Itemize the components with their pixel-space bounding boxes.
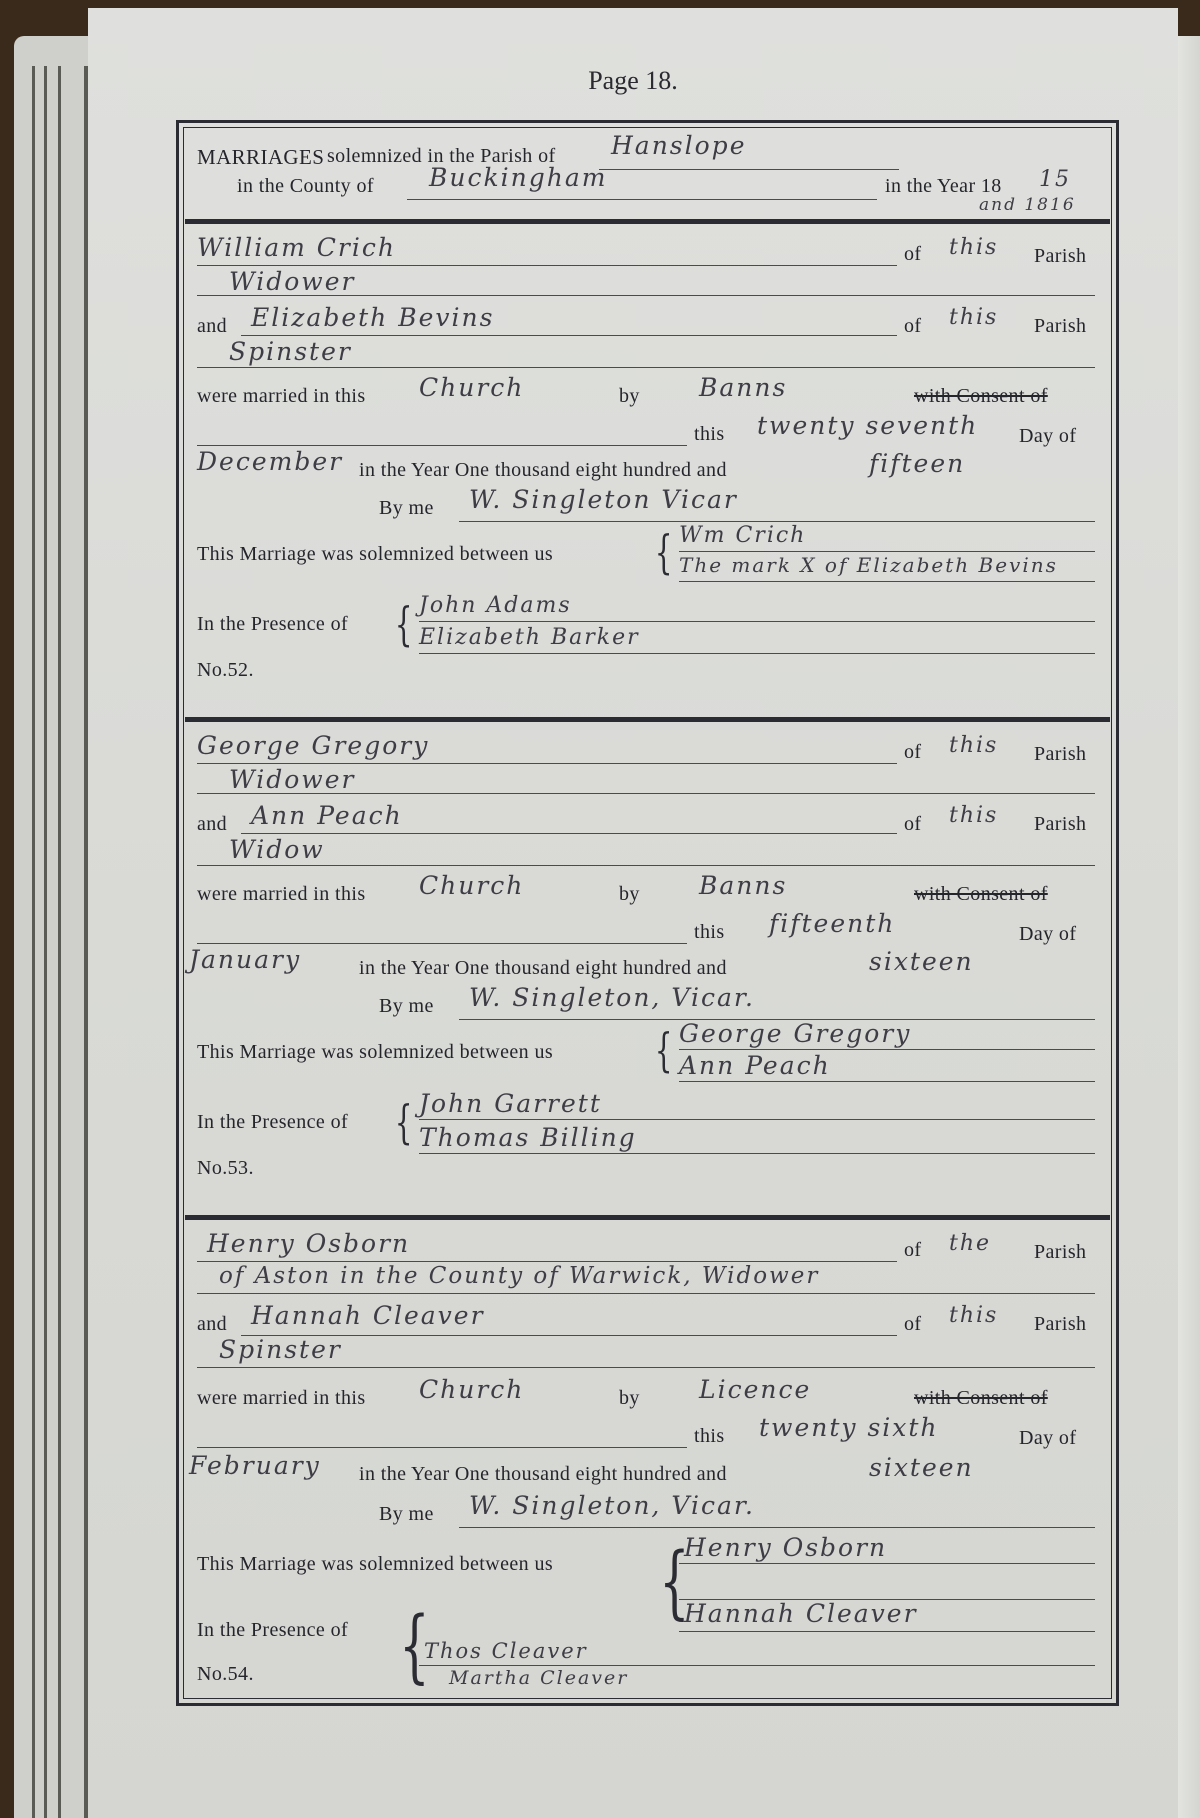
- place-value: Church: [419, 373, 524, 402]
- place-value: Church: [419, 1375, 524, 1404]
- with-consent-label: with Consent of: [914, 1387, 1048, 1410]
- county-line: [407, 199, 877, 200]
- month-value: December: [197, 447, 343, 476]
- groom-name: Henry Osborn: [207, 1229, 410, 1258]
- witness-2: Elizabeth Barker: [419, 625, 640, 650]
- presence-label: In the Presence of: [197, 1619, 348, 1642]
- signature-1: George Gregory: [679, 1019, 911, 1048]
- bride-status: Spinster: [219, 1335, 342, 1364]
- of-label: of: [904, 243, 921, 266]
- groom-status: of Aston in the County of Warwick, Widow…: [219, 1263, 819, 1289]
- by-label: by: [619, 385, 640, 408]
- witness-1: John Adams: [419, 593, 572, 618]
- officiant-value: W. Singleton Vicar: [469, 485, 738, 514]
- witness-line: [419, 1665, 1095, 1666]
- bride-name: Elizabeth Bevins: [251, 303, 494, 332]
- witness-2: Martha Cleaver: [449, 1667, 628, 1689]
- status-line: [197, 865, 1095, 866]
- county-label: in the County of: [237, 175, 374, 198]
- register-page: Page 18. MARRIAGES solemnized in the Par…: [88, 8, 1178, 1818]
- status-line: [197, 1367, 1095, 1368]
- month-value: January: [189, 945, 301, 974]
- signature-line: [679, 581, 1095, 582]
- of-label: of: [904, 1313, 921, 1336]
- groom-parish-value: the: [949, 1231, 991, 1256]
- page-number: Page 18.: [88, 66, 1178, 96]
- day-value: twenty seventh: [757, 411, 978, 440]
- in-the-year-label: in the Year One thousand eight hundred a…: [359, 1463, 727, 1486]
- year-value: 15: [1039, 167, 1071, 192]
- signature-2: Ann Peach: [679, 1051, 831, 1080]
- bride-name: Hannah Cleaver: [251, 1301, 485, 1330]
- status-line: [197, 367, 1095, 368]
- groom-status: Widower: [229, 765, 355, 794]
- signature-line: [679, 551, 1095, 552]
- of-label: of: [904, 315, 921, 338]
- were-married-label: were married in this: [197, 385, 366, 408]
- header-title-prefix: MARRIAGES: [197, 145, 324, 170]
- were-married-label: were married in this: [197, 1387, 366, 1410]
- parish-label: Parish: [1034, 315, 1086, 338]
- officiant-value: W. Singleton, Vicar.: [469, 1491, 755, 1520]
- solemnized-between-label: This Marriage was solemnized between us: [197, 1041, 553, 1064]
- by-label: by: [619, 883, 640, 906]
- officiant-line: [459, 521, 1095, 522]
- of-label: of: [904, 1239, 921, 1262]
- signature-line: [679, 1563, 1095, 1564]
- page-edge: [58, 66, 61, 1818]
- page-edge: [44, 66, 47, 1818]
- by-value: Licence: [699, 1375, 811, 1404]
- brace-icon: {: [395, 597, 413, 651]
- marriage-entry-52: William Crich of this Parish Widower and…: [179, 227, 1116, 717]
- by-me-label: By me: [379, 995, 434, 1018]
- this-label: this: [694, 423, 725, 446]
- place-value: Church: [419, 871, 524, 900]
- parish-label: Parish: [1034, 743, 1086, 766]
- day-value: fifteenth: [769, 909, 895, 938]
- signature-line: [679, 1631, 1095, 1632]
- and-label: and: [197, 813, 227, 836]
- witness-1: John Garrett: [419, 1089, 602, 1118]
- entry-number: No.53.: [197, 1157, 254, 1180]
- bride-parish-value: this: [949, 305, 998, 330]
- this-label: this: [694, 921, 725, 944]
- status-line: [197, 793, 1095, 794]
- witness-1: Thos Cleaver: [424, 1639, 588, 1663]
- month-value: February: [189, 1451, 321, 1480]
- groom-line: [197, 763, 897, 764]
- groom-status: Widower: [229, 267, 355, 296]
- county-value: Buckingham: [429, 163, 607, 192]
- parish-label: Parish: [1034, 1241, 1086, 1264]
- marriage-entry-53: George Gregory of this Parish Widower an…: [179, 725, 1116, 1215]
- brace-icon: {: [655, 1023, 673, 1077]
- groom-parish-value: this: [949, 733, 998, 758]
- section-divider: [185, 717, 1110, 722]
- solemnized-between-label: This Marriage was solemnized between us: [197, 1553, 553, 1576]
- and-label: and: [197, 1313, 227, 1336]
- marriage-register-form: MARRIAGES solemnized in the Parish of Ha…: [176, 120, 1119, 1706]
- witness-line: [419, 653, 1095, 654]
- bride-line: [241, 833, 897, 834]
- year-word-value: sixteen: [869, 1453, 974, 1482]
- bride-name: Ann Peach: [251, 801, 403, 830]
- groom-parish-value: this: [949, 235, 998, 260]
- witness-2: Thomas Billing: [419, 1123, 637, 1152]
- parish-line: [599, 169, 899, 170]
- witness-line: [419, 1153, 1095, 1154]
- signature-1: Henry Osborn: [684, 1533, 887, 1562]
- by-value: Banns: [699, 871, 787, 900]
- status-line: [197, 295, 1095, 296]
- officiant-line: [459, 1527, 1095, 1528]
- bride-status: Spinster: [229, 337, 352, 366]
- bride-line: [241, 335, 897, 336]
- by-label: by: [619, 1387, 640, 1410]
- bride-parish-value: this: [949, 803, 998, 828]
- with-consent-label: with Consent of: [914, 883, 1048, 906]
- groom-name: William Crich: [197, 233, 396, 262]
- day-of-label: Day of: [1019, 923, 1076, 946]
- signature-line: [679, 1049, 1095, 1050]
- day-of-label: Day of: [1019, 425, 1076, 448]
- in-the-year-label: in the Year One thousand eight hundred a…: [359, 459, 727, 482]
- of-label: of: [904, 813, 921, 836]
- were-married-label: were married in this: [197, 883, 366, 906]
- solemnized-between-label: This Marriage was solemnized between us: [197, 543, 553, 566]
- consent-line: [197, 445, 687, 446]
- groom-line: [197, 1261, 897, 1262]
- presence-label: In the Presence of: [197, 613, 348, 636]
- with-consent-label: with Consent of: [914, 385, 1048, 408]
- witness-line: [419, 621, 1095, 622]
- consent-line: [197, 1447, 687, 1448]
- status-line: [197, 1293, 1095, 1294]
- entry-number: No.54.: [197, 1663, 254, 1686]
- entry-number: No.52.: [197, 659, 254, 682]
- presence-label: In the Presence of: [197, 1111, 348, 1134]
- this-label: this: [694, 1425, 725, 1448]
- witness-line: [419, 1119, 1095, 1120]
- signature-line: [679, 1599, 1095, 1600]
- and-label: and: [197, 315, 227, 338]
- consent-line: [197, 943, 687, 944]
- section-divider: [185, 219, 1110, 224]
- parish-label: Parish: [1034, 1313, 1086, 1336]
- by-me-label: By me: [379, 497, 434, 520]
- groom-name: George Gregory: [197, 731, 429, 760]
- by-me-label: By me: [379, 1503, 434, 1526]
- parish-label: Parish: [1034, 245, 1086, 268]
- signature-line: [679, 1081, 1095, 1082]
- marriage-entry-54: Henry Osborn of the Parish of Aston in t…: [179, 1223, 1116, 1699]
- bride-parish-value: this: [949, 1303, 998, 1328]
- page-edge: [32, 66, 35, 1818]
- brace-icon: {: [395, 1095, 413, 1149]
- in-the-year-label: in the Year One thousand eight hundred a…: [359, 957, 727, 980]
- day-value: twenty sixth: [759, 1413, 939, 1442]
- section-divider: [185, 1215, 1110, 1220]
- bride-status: Widow: [229, 835, 325, 864]
- by-value: Banns: [699, 373, 787, 402]
- parish-label: Parish: [1034, 813, 1086, 836]
- brace-icon: {: [655, 525, 673, 579]
- signature-1: Wm Crich: [679, 523, 806, 548]
- groom-line: [197, 265, 897, 266]
- day-of-label: Day of: [1019, 1427, 1076, 1450]
- signature-2: Hannah Cleaver: [684, 1599, 918, 1628]
- year-word-value: fifteen: [869, 449, 965, 478]
- of-label: of: [904, 741, 921, 764]
- year-word-value: sixteen: [869, 947, 974, 976]
- parish-value: Hanslope: [611, 131, 746, 160]
- officiant-value: W. Singleton, Vicar.: [469, 983, 755, 1012]
- year-extra: and 1816: [979, 195, 1076, 215]
- signature-2: The mark X of Elizabeth Bevins: [679, 553, 1058, 577]
